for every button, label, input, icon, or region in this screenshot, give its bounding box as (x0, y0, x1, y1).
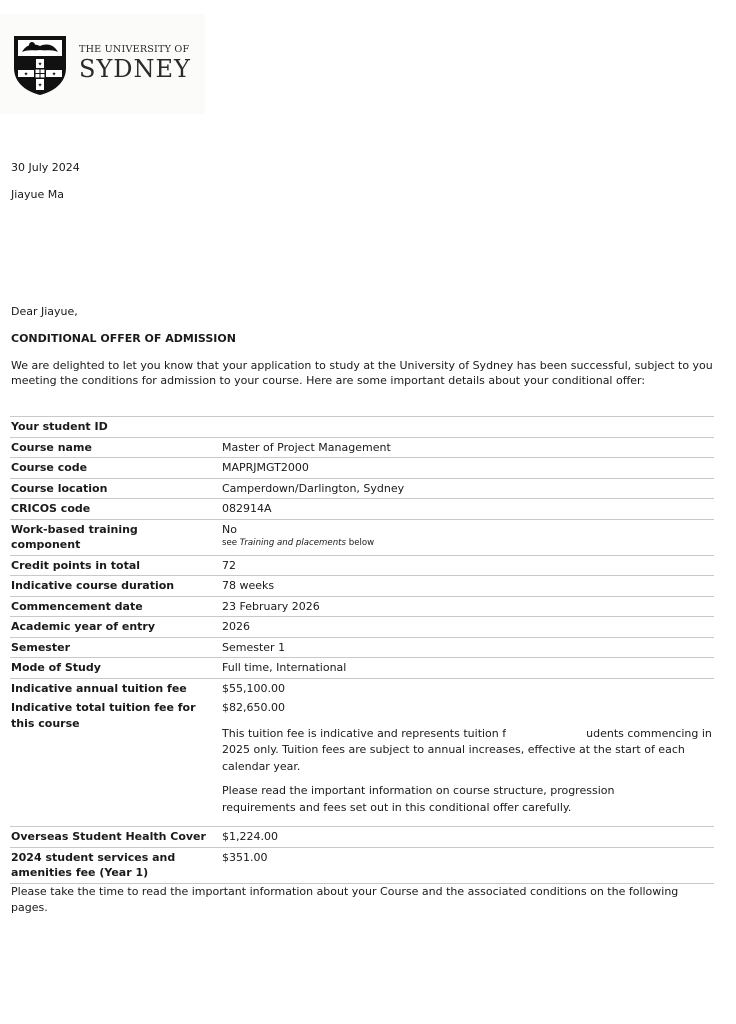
row-label: Course code (10, 458, 222, 478)
row-label: Indicative total tuition fee for this co… (10, 698, 211, 826)
row-label: Course location (10, 479, 222, 499)
row-label: Academic year of entry (10, 617, 222, 637)
row-label: Credit points in total (10, 556, 222, 576)
table-row-mode: Mode of Study Full time, International (10, 658, 714, 679)
row-value: MAPRJMGT2000 (222, 458, 714, 478)
row-label: Course name (10, 438, 222, 458)
table-row-cricos-code: CRICOS code 082914A (10, 499, 714, 520)
row-label: Commencement date (10, 597, 222, 617)
table-row-course-code: Course code MAPRJMGT2000 (10, 458, 714, 479)
logo-wordmark: THE UNIVERSITY OF SYDNEY (79, 44, 191, 82)
svg-text:✦: ✦ (37, 82, 42, 89)
table-row-work-training: Work-based training component No see Tra… (10, 520, 714, 556)
row-label: Your student ID (10, 417, 222, 437)
row-value: Full time, International (222, 658, 714, 678)
redacted-text (506, 729, 586, 739)
table-row-credit-points: Credit points in total 72 (10, 556, 714, 577)
salutation: Dear Jiayue, (11, 305, 78, 318)
note-suffix: below (346, 538, 374, 548)
svg-text:✦: ✦ (23, 71, 28, 78)
row-value: $82,650.00 This tuition fee is indicativ… (222, 698, 714, 826)
letter-date: 30 July 2024 (11, 161, 80, 174)
tuition-fee-note: This tuition fee is indicative and repre… (222, 726, 714, 776)
row-label: Mode of Study (10, 658, 222, 678)
table-row-course-location: Course location Camperdown/Darlington, S… (10, 479, 714, 500)
row-label: Overseas Student Health Cover (10, 827, 222, 847)
recipient-name: Jiayue Ma (11, 188, 64, 201)
row-label: Work-based training component (10, 520, 201, 555)
work-training-note: see Training and placements below (222, 537, 714, 549)
table-row-academic-year: Academic year of entry 2026 (10, 617, 714, 638)
university-logo: ✦ ✦ ✦ ✦ THE UNIVERSITY OF SYDNEY (0, 14, 205, 114)
row-value: Master of Project Management (222, 438, 714, 458)
row-label: Semester (10, 638, 222, 658)
logo-line-2: SYDNEY (79, 56, 191, 82)
row-value: $55,100.00 (222, 679, 714, 699)
table-row-duration: Indicative course duration 78 weeks (10, 576, 714, 597)
row-label: CRICOS code (10, 499, 222, 519)
table-row-total-fee: Indicative total tuition fee for this co… (10, 698, 714, 827)
row-value: Camperdown/Darlington, Sydney (222, 479, 714, 499)
logo-line-1: THE UNIVERSITY OF (79, 44, 191, 55)
note-prefix: see (222, 538, 240, 548)
row-value: Semester 1 (222, 638, 714, 658)
row-label: 2024 student services and amenities fee … (10, 848, 201, 883)
note-text-before: This tuition fee is indicative and repre… (222, 727, 506, 740)
offer-details-table: Your student ID Course name Master of Pr… (10, 416, 714, 884)
svg-text:✦: ✦ (37, 61, 42, 68)
table-row-student-id: Your student ID (10, 417, 714, 438)
table-row-commencement: Commencement date 23 February 2026 (10, 597, 714, 618)
letter-heading: CONDITIONAL OFFER OF ADMISSION (11, 332, 236, 345)
total-fee-value: $82,650.00 (222, 700, 714, 716)
table-row-ssaf: 2024 student services and amenities fee … (10, 848, 714, 884)
course-structure-note: Please read the important information on… (222, 783, 714, 816)
row-value: $351.00 (222, 848, 714, 883)
table-row-annual-fee: Indicative annual tuition fee $55,100.00 (10, 679, 714, 699)
row-value: No see Training and placements below (222, 520, 714, 555)
training-placements-reference: Training and placements (240, 538, 346, 548)
row-label: Indicative annual tuition fee (10, 679, 222, 699)
table-row-oshc: Overseas Student Health Cover $1,224.00 (10, 827, 714, 848)
table-row-course-name: Course name Master of Project Management (10, 438, 714, 459)
row-value: 2026 (222, 617, 714, 637)
svg-text:✦: ✦ (51, 71, 56, 78)
row-value: $1,224.00 (222, 827, 714, 847)
row-value: 72 (222, 556, 714, 576)
closing-paragraph: Please take the time to read the importa… (11, 884, 711, 916)
row-value (222, 417, 714, 437)
row-value: 78 weeks (222, 576, 714, 596)
row-label: Indicative course duration (10, 576, 222, 596)
work-training-value: No (222, 522, 714, 538)
row-value: 23 February 2026 (222, 597, 714, 617)
row-value: 082914A (222, 499, 714, 519)
university-crest-icon: ✦ ✦ ✦ ✦ (12, 34, 68, 96)
table-row-semester: Semester Semester 1 (10, 638, 714, 659)
intro-paragraph: We are delighted to let you know that yo… (11, 359, 719, 388)
